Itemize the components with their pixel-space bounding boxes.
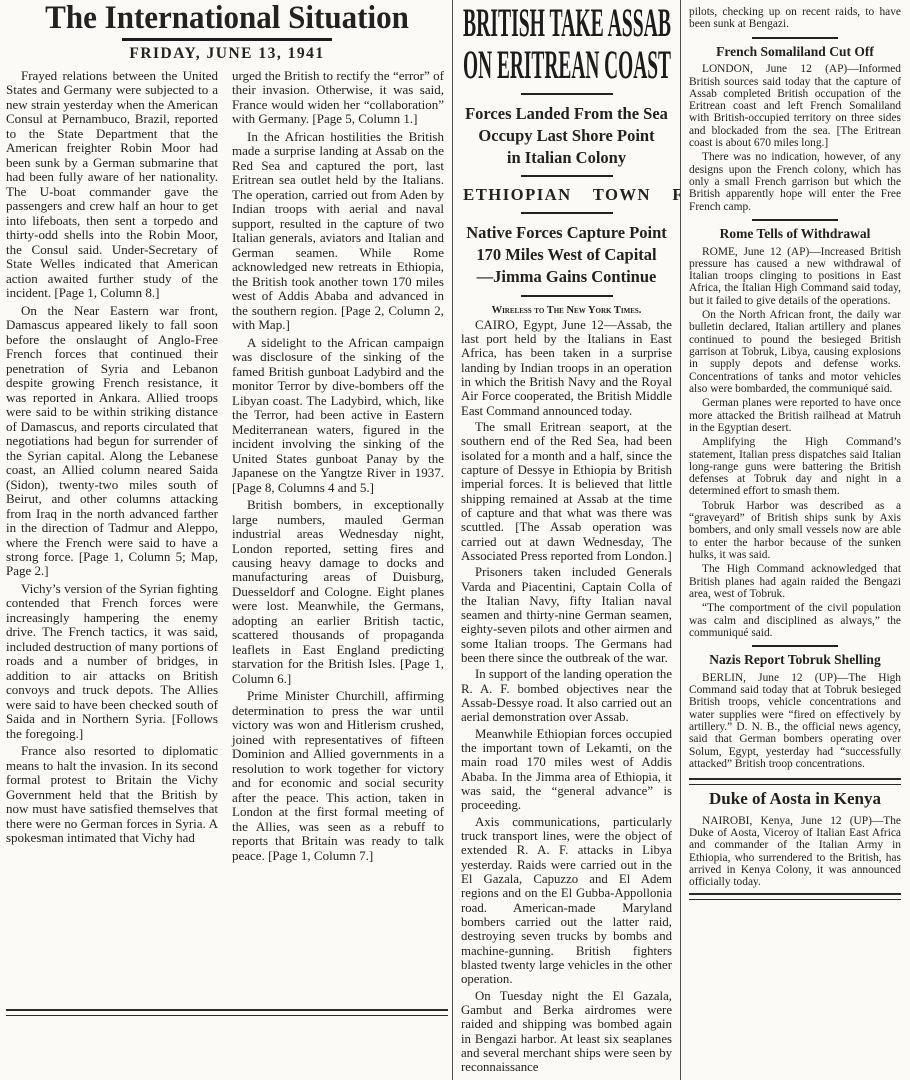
paragraph: urged the British to rectify the “error”… [232, 69, 444, 127]
paragraph: Prime Minister Churchill, affirming dete… [232, 689, 444, 863]
section-header: The International Situation FRIDAY, JUNE… [6, 2, 448, 63]
right-news-column: pilots, checking up on recent raids, to … [681, 0, 909, 1080]
paragraph: Vichy’s version of the Syrian fighting c… [6, 582, 218, 741]
headline-line-2: ON ERITREAN COAST [463, 42, 671, 86]
paragraph: British bombers, in exceptionally large … [232, 498, 444, 686]
story-separator [752, 219, 838, 221]
story-headline: Rome Tells of Withdrawal [689, 227, 901, 242]
summary-column-2: urged the British to rectify the “error”… [232, 69, 444, 1007]
summary-columns: Frayed relations between the United Stat… [6, 69, 448, 1007]
deck2-rule [521, 295, 613, 297]
summary-column-1: Frayed relations between the United Stat… [6, 69, 218, 1007]
paragraph: CAIRO, Egypt, June 12—Assab, the last po… [461, 318, 672, 418]
bank-headline: ETHIOPIAN TOWN FALLS [463, 185, 670, 205]
feature-box-top-rule [689, 778, 901, 785]
paragraph: In the African hostilities the British m… [232, 130, 444, 333]
feature-headline: Duke of Aosta in Kenya [689, 790, 901, 808]
paragraph: The High Command acknowledged that Briti… [689, 563, 901, 600]
date-heading: FRIDAY, JUNE 13, 1941 [6, 45, 448, 63]
paragraph: In support of the landing operation the … [461, 667, 672, 724]
paragraph: On the Near Eastern war front, Damascus … [6, 304, 218, 579]
assab-article-column: BRITISH TAKE ASSAB ON ERITREAN COAST For… [452, 0, 681, 1080]
paragraph: BERLIN, June 12 (UP)—The High Command sa… [689, 672, 901, 771]
paragraph: Tobruk Harbor was described as a “gravey… [689, 500, 901, 562]
paragraph: Prisoners taken included Generals Varda … [461, 565, 672, 665]
deck-line: —Jimma Gains Continue [461, 266, 672, 288]
deck-rule [521, 175, 613, 177]
main-headline: BRITISH TAKE ASSAB ON ERITREAN COAST [461, 2, 673, 86]
headline-rule [521, 93, 613, 95]
deck-line: in Italian Colony [461, 147, 672, 169]
section-end-rule [6, 1009, 448, 1016]
wire-credit: Wireless to The New York Times. [461, 305, 672, 316]
paragraph: Meanwhile Ethiopian forces occupied the … [461, 727, 672, 813]
paragraph: NAIROBI, Kenya, June 12 (UP)—The Duke of… [689, 815, 901, 889]
bank-rule [521, 212, 613, 214]
feature-box-bottom-rule [689, 893, 901, 900]
paragraph: LONDON, June 12 (AP)—Informed British so… [689, 63, 901, 149]
right-column-body: pilots, checking up on recent raids, to … [689, 6, 901, 900]
paragraph: On the North African front, the daily wa… [689, 309, 901, 395]
deck-line: 170 Miles West of Capital [461, 244, 672, 266]
deck-1: Forces Landed From the Sea Occupy Last S… [461, 103, 672, 168]
story-headline: Nazis Report Tobruk Shelling [689, 653, 901, 668]
paragraph: There was no indication, however, of any… [689, 151, 901, 213]
paragraph: “The comportment of the civil population… [689, 602, 901, 639]
story-separator [752, 37, 838, 39]
paragraph: Frayed relations between the United Stat… [6, 69, 218, 301]
story-headline: French Somaliland Cut Off [689, 45, 901, 60]
title-underline [122, 38, 332, 41]
paragraph: France also resorted to diplomatic means… [6, 744, 218, 845]
deck-2: Native Forces Capture Point 170 Miles We… [461, 222, 672, 287]
paragraph: On Tuesday night the El Gazala, Gambut a… [461, 989, 672, 1075]
section-title: The International Situation [19, 2, 434, 35]
international-situation-section: The International Situation FRIDAY, JUNE… [0, 0, 452, 1080]
article-body: CAIRO, Egypt, June 12—Assab, the last po… [461, 318, 672, 1075]
deck-line: Forces Landed From the Sea [461, 103, 672, 125]
deck-line: Native Forces Capture Point [461, 222, 672, 244]
newspaper-page: The International Situation FRIDAY, JUNE… [0, 0, 910, 1080]
paragraph: Axis communications, particularly truck … [461, 815, 672, 987]
paragraph: German planes were reported to have once… [689, 397, 901, 434]
continuation-paragraph: pilots, checking up on recent raids, to … [689, 6, 901, 31]
deck-line: Occupy Last Shore Point [461, 125, 672, 147]
paragraph: A sidelight to the African campaign was … [232, 336, 444, 495]
paragraph: ROME, June 12 (AP)—Increased British pre… [689, 246, 901, 308]
story-separator [752, 645, 838, 647]
headline-line-1: BRITISH TAKE ASSAB [463, 2, 671, 45]
paragraph: Amplifying the High Command’s statement,… [689, 436, 901, 498]
paragraph: The small Eritrean seaport, at the south… [461, 420, 672, 563]
